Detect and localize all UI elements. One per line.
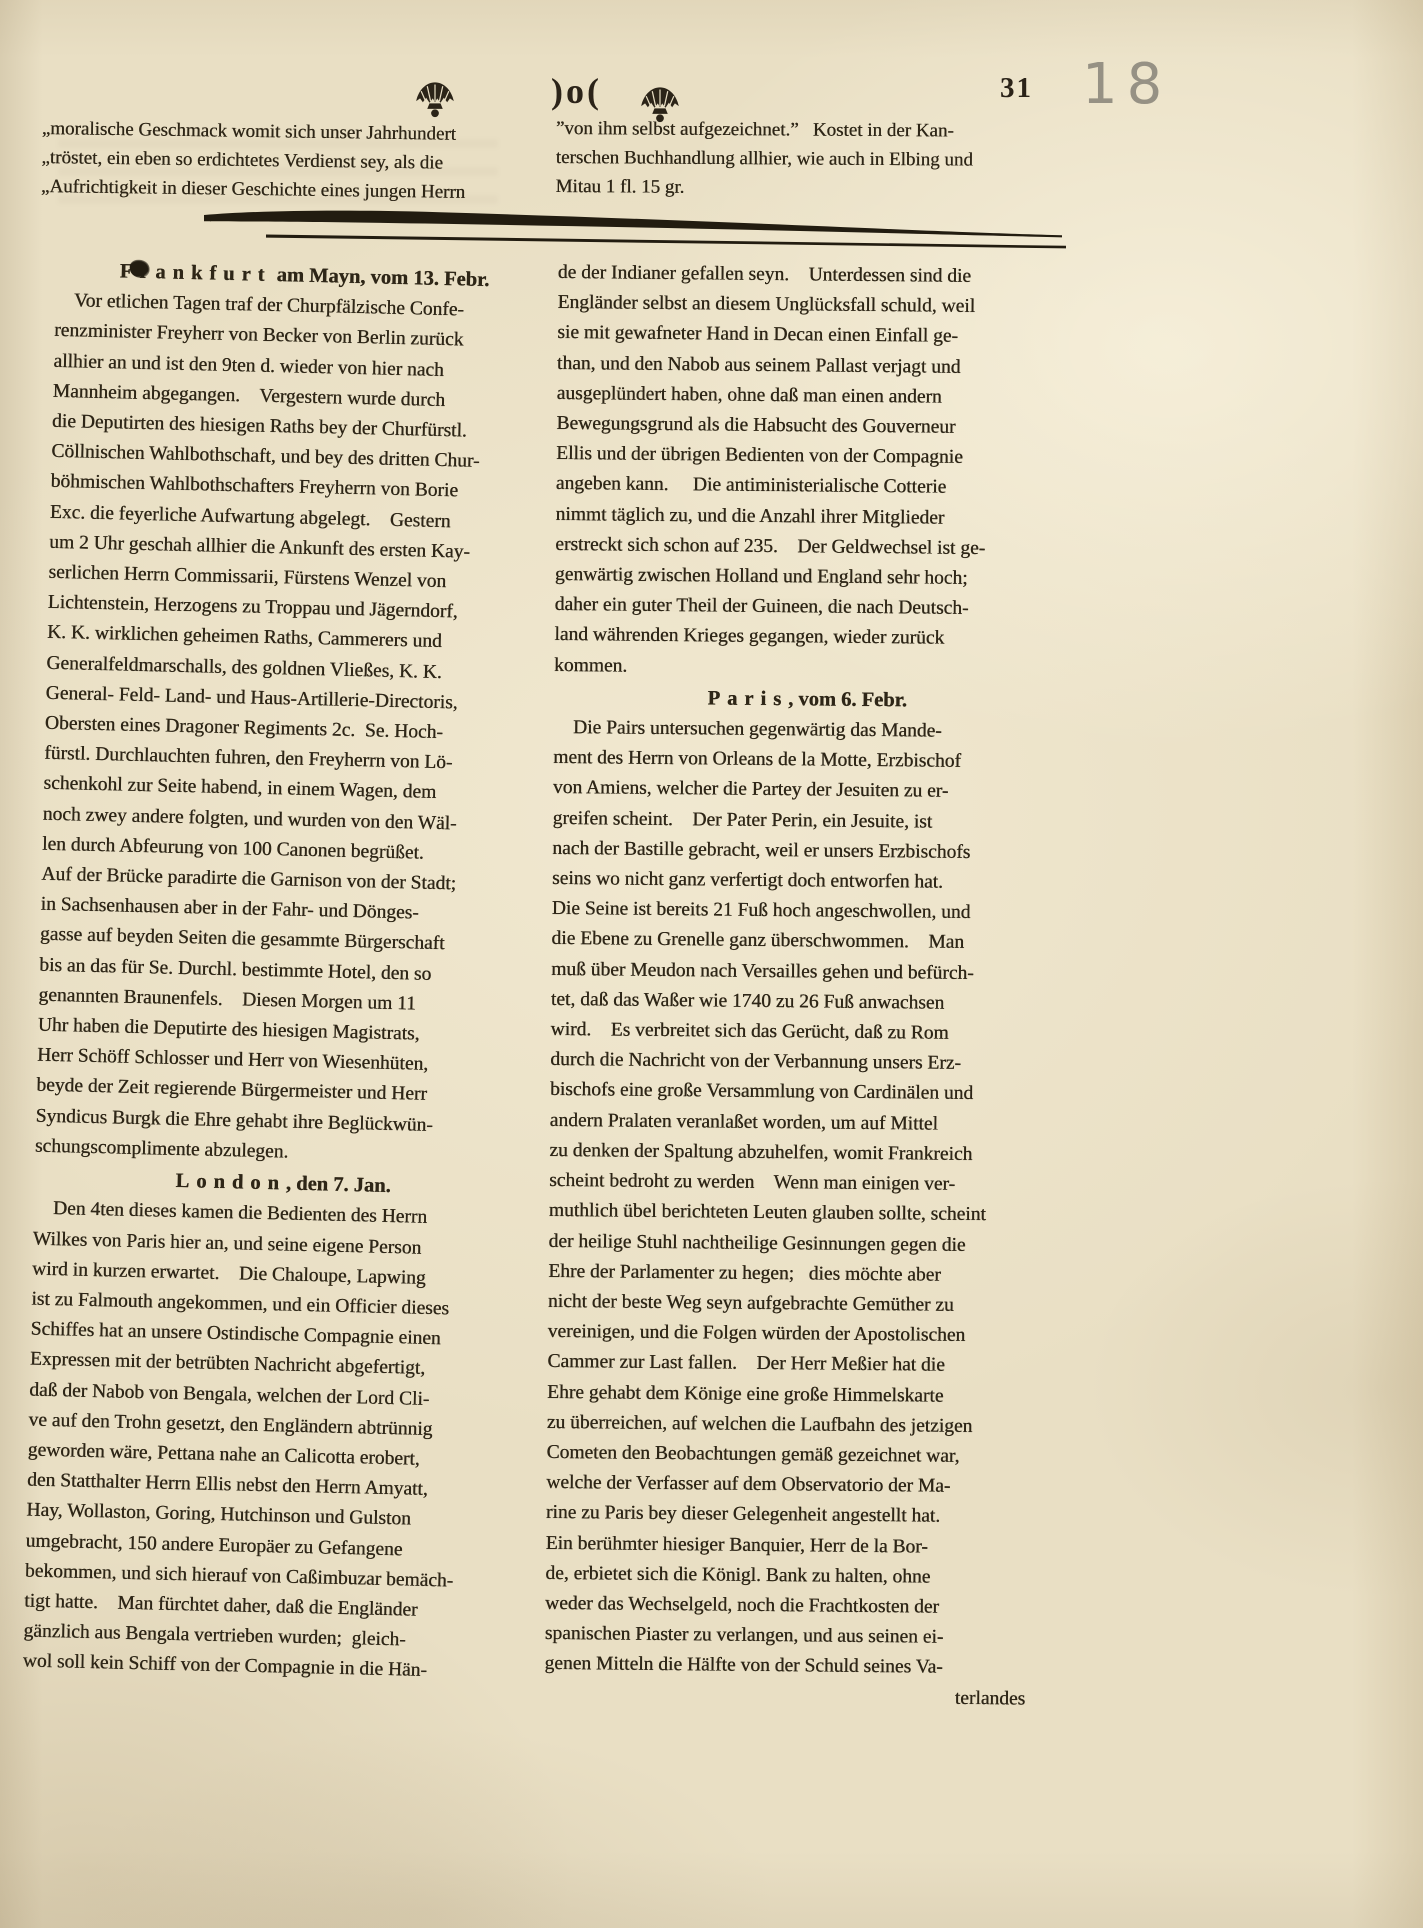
header-quote-left: „moralische Geschmack womit sich unser J…: [41, 114, 554, 208]
text-line: land währenden Krieges gegangen, wieder …: [554, 620, 1061, 655]
text-line: zu denken der Spaltung abzuhelfen, womit…: [549, 1136, 1056, 1171]
text-line: muthlich übel berichteten Leuten glauben…: [549, 1196, 1056, 1231]
handwritten-folio-number: 18: [1082, 52, 1171, 117]
text-line: greifen scheint. Der Pater Perin, ein Je…: [552, 804, 1059, 839]
article-frankfurt-text: Vor etlichen Tagen traf der Churpfälzisc…: [35, 286, 553, 1173]
text-line: „Aufrichtigkeit in dieser Geschichte ein…: [41, 172, 553, 208]
text-line: spanischen Piaster zu verlangen, und aus…: [545, 1619, 1052, 1654]
text-line: bischofs eine große Versammlung von Card…: [550, 1075, 1057, 1110]
text-line: weder das Wechselgeld, noch die Frachtko…: [545, 1589, 1052, 1624]
text-line: de, erbietet sich die Königl. Bank zu ha…: [545, 1559, 1052, 1594]
text-line: ”von ihm selbst aufgezeichnet.” Kostet i…: [556, 114, 1076, 146]
ink-blot: [129, 260, 149, 278]
text-line: Cometen den Beobachtungen gemäß gezeichn…: [546, 1438, 1053, 1473]
text-line: terschen Buchhandlung allhier, wie auch …: [556, 143, 1076, 175]
text-line: nicht der beste Weg seyn aufgebrachte Ge…: [548, 1287, 1055, 1322]
text-line: welche der Verfasser auf dem Observatori…: [546, 1468, 1053, 1503]
text-line: than, und den Nabob aus seinem Pallast v…: [557, 349, 1064, 384]
text-line: de der Indianer gefallen seyn. Unterdess…: [558, 258, 1065, 293]
text-line: genwärtig zwischen Holland und England s…: [555, 560, 1062, 595]
text-line: Bewegungsgrund als die Habsucht des Gouv…: [556, 409, 1063, 444]
text-line: muß über Meudon nach Versailles gehen un…: [551, 955, 1058, 990]
text-line: sie mit gewafneter Hand in Decan einen E…: [557, 318, 1064, 353]
text-line: durch die Nachricht von der Verbannung u…: [550, 1045, 1057, 1080]
dateline-date: am Mayn, vom 13. Febr.: [271, 264, 489, 291]
text-line: Ein berühmter hiesiger Banquier, Herr de…: [546, 1528, 1053, 1563]
text-line: Die Pairs untersuchen gegenwärtig das Ma…: [553, 713, 1060, 748]
text-line: Die Seine ist bereits 21 Fuß hoch angesc…: [552, 894, 1059, 929]
text-line: Mitau 1 fl. 15 gr.: [555, 172, 1075, 204]
text-line: ment des Herrn von Orleans de la Motte, …: [553, 743, 1060, 778]
text-line: Ellis und der übrigen Bedienten von der …: [556, 439, 1063, 474]
text-line: andern Pralaten veranlaßet worden, um au…: [550, 1106, 1057, 1141]
text-line: daher ein guter Theil der Guineen, die n…: [555, 590, 1062, 625]
header-quote-right: ”von ihm selbst aufgezeichnet.” Kostet i…: [555, 114, 1076, 204]
dateline-date: , den 7. Jan.: [286, 1173, 391, 1197]
text-line: nach der Bastille gebracht, weil er unse…: [552, 834, 1059, 869]
text-line: zu überreichen, auf welchen die Laufbahn…: [547, 1408, 1054, 1443]
dateline-city: London: [175, 1170, 286, 1195]
text-line: seins wo nicht ganz verfertigt doch entw…: [552, 864, 1059, 899]
left-column: Frankfurt am Mayn, vom 13. Febr. Vor etl…: [22, 254, 553, 1689]
shell-fleuron-left-icon: [414, 80, 456, 125]
text-line: Cammer zur Last fallen. Der Herr Meßier …: [547, 1347, 1054, 1382]
text-line: ausgeplündert haben, ohne daß man einen …: [557, 379, 1064, 414]
dateline-date: , vom 6. Febr.: [788, 688, 907, 711]
right-column: de der Indianer gefallen seyn. Unterdess…: [544, 258, 1065, 1715]
text-line: nimmt täglich zu, und die Anzahl ihrer M…: [555, 500, 1062, 535]
page-number: 31: [1000, 72, 1033, 105]
article-london-text: Den 4ten dieses kamen die Bedienten des …: [22, 1194, 531, 1689]
divider-rule: [200, 205, 1072, 257]
text-line: Engländer selbst an diesem Unglücksfall …: [557, 288, 1064, 323]
text-line: vereinigen, und die Folgen würden der Ap…: [548, 1317, 1055, 1352]
text-line: wird. Es verbreitet sich das Gerücht, da…: [550, 1015, 1057, 1050]
text-line: von Amiens, welcher die Partey der Jesui…: [553, 773, 1060, 808]
text-line: scheint bedroht zu werden Wenn man einig…: [549, 1166, 1056, 1201]
article-london-continued-text: de der Indianer gefallen seyn. Unterdess…: [554, 258, 1065, 686]
dateline-city: Paris: [707, 687, 788, 710]
text-line: der heilige Stuhl nachtheilige Gesinnung…: [548, 1226, 1055, 1261]
newspaper-page: )o( 31 18 „moralische Geschmack womit si…: [0, 0, 1423, 1928]
text-line: die Ebene zu Grenelle ganz überschwommen…: [551, 924, 1058, 959]
article-paris-text: Die Pairs untersuchen gegenwärtig das Ma…: [544, 713, 1060, 1684]
text-line: erstreckt sich schon auf 235. Der Geldwe…: [555, 530, 1062, 565]
text-line: rine zu Paris bey dieser Gelegenheit ang…: [546, 1498, 1053, 1533]
article-heading-paris: Paris, vom 6. Febr.: [554, 681, 1061, 718]
text-line: genen Mitteln die Hälfte von der Schuld …: [544, 1649, 1051, 1684]
catchword: terlandes: [544, 1679, 1051, 1714]
text-line: Ehre der Parlamenter zu hegen; dies möch…: [548, 1257, 1055, 1292]
text-line: tet, daß das Waßer wie 1740 zu 26 Fuß an…: [551, 985, 1058, 1020]
text-line: angeben kann. Die antiministerialische C…: [556, 469, 1063, 504]
text-line: Ehre gehabt dem Könige eine große Himmel…: [547, 1377, 1054, 1412]
text-line: kommen.: [554, 651, 1061, 686]
section-separator-mark: )o(: [551, 70, 602, 112]
